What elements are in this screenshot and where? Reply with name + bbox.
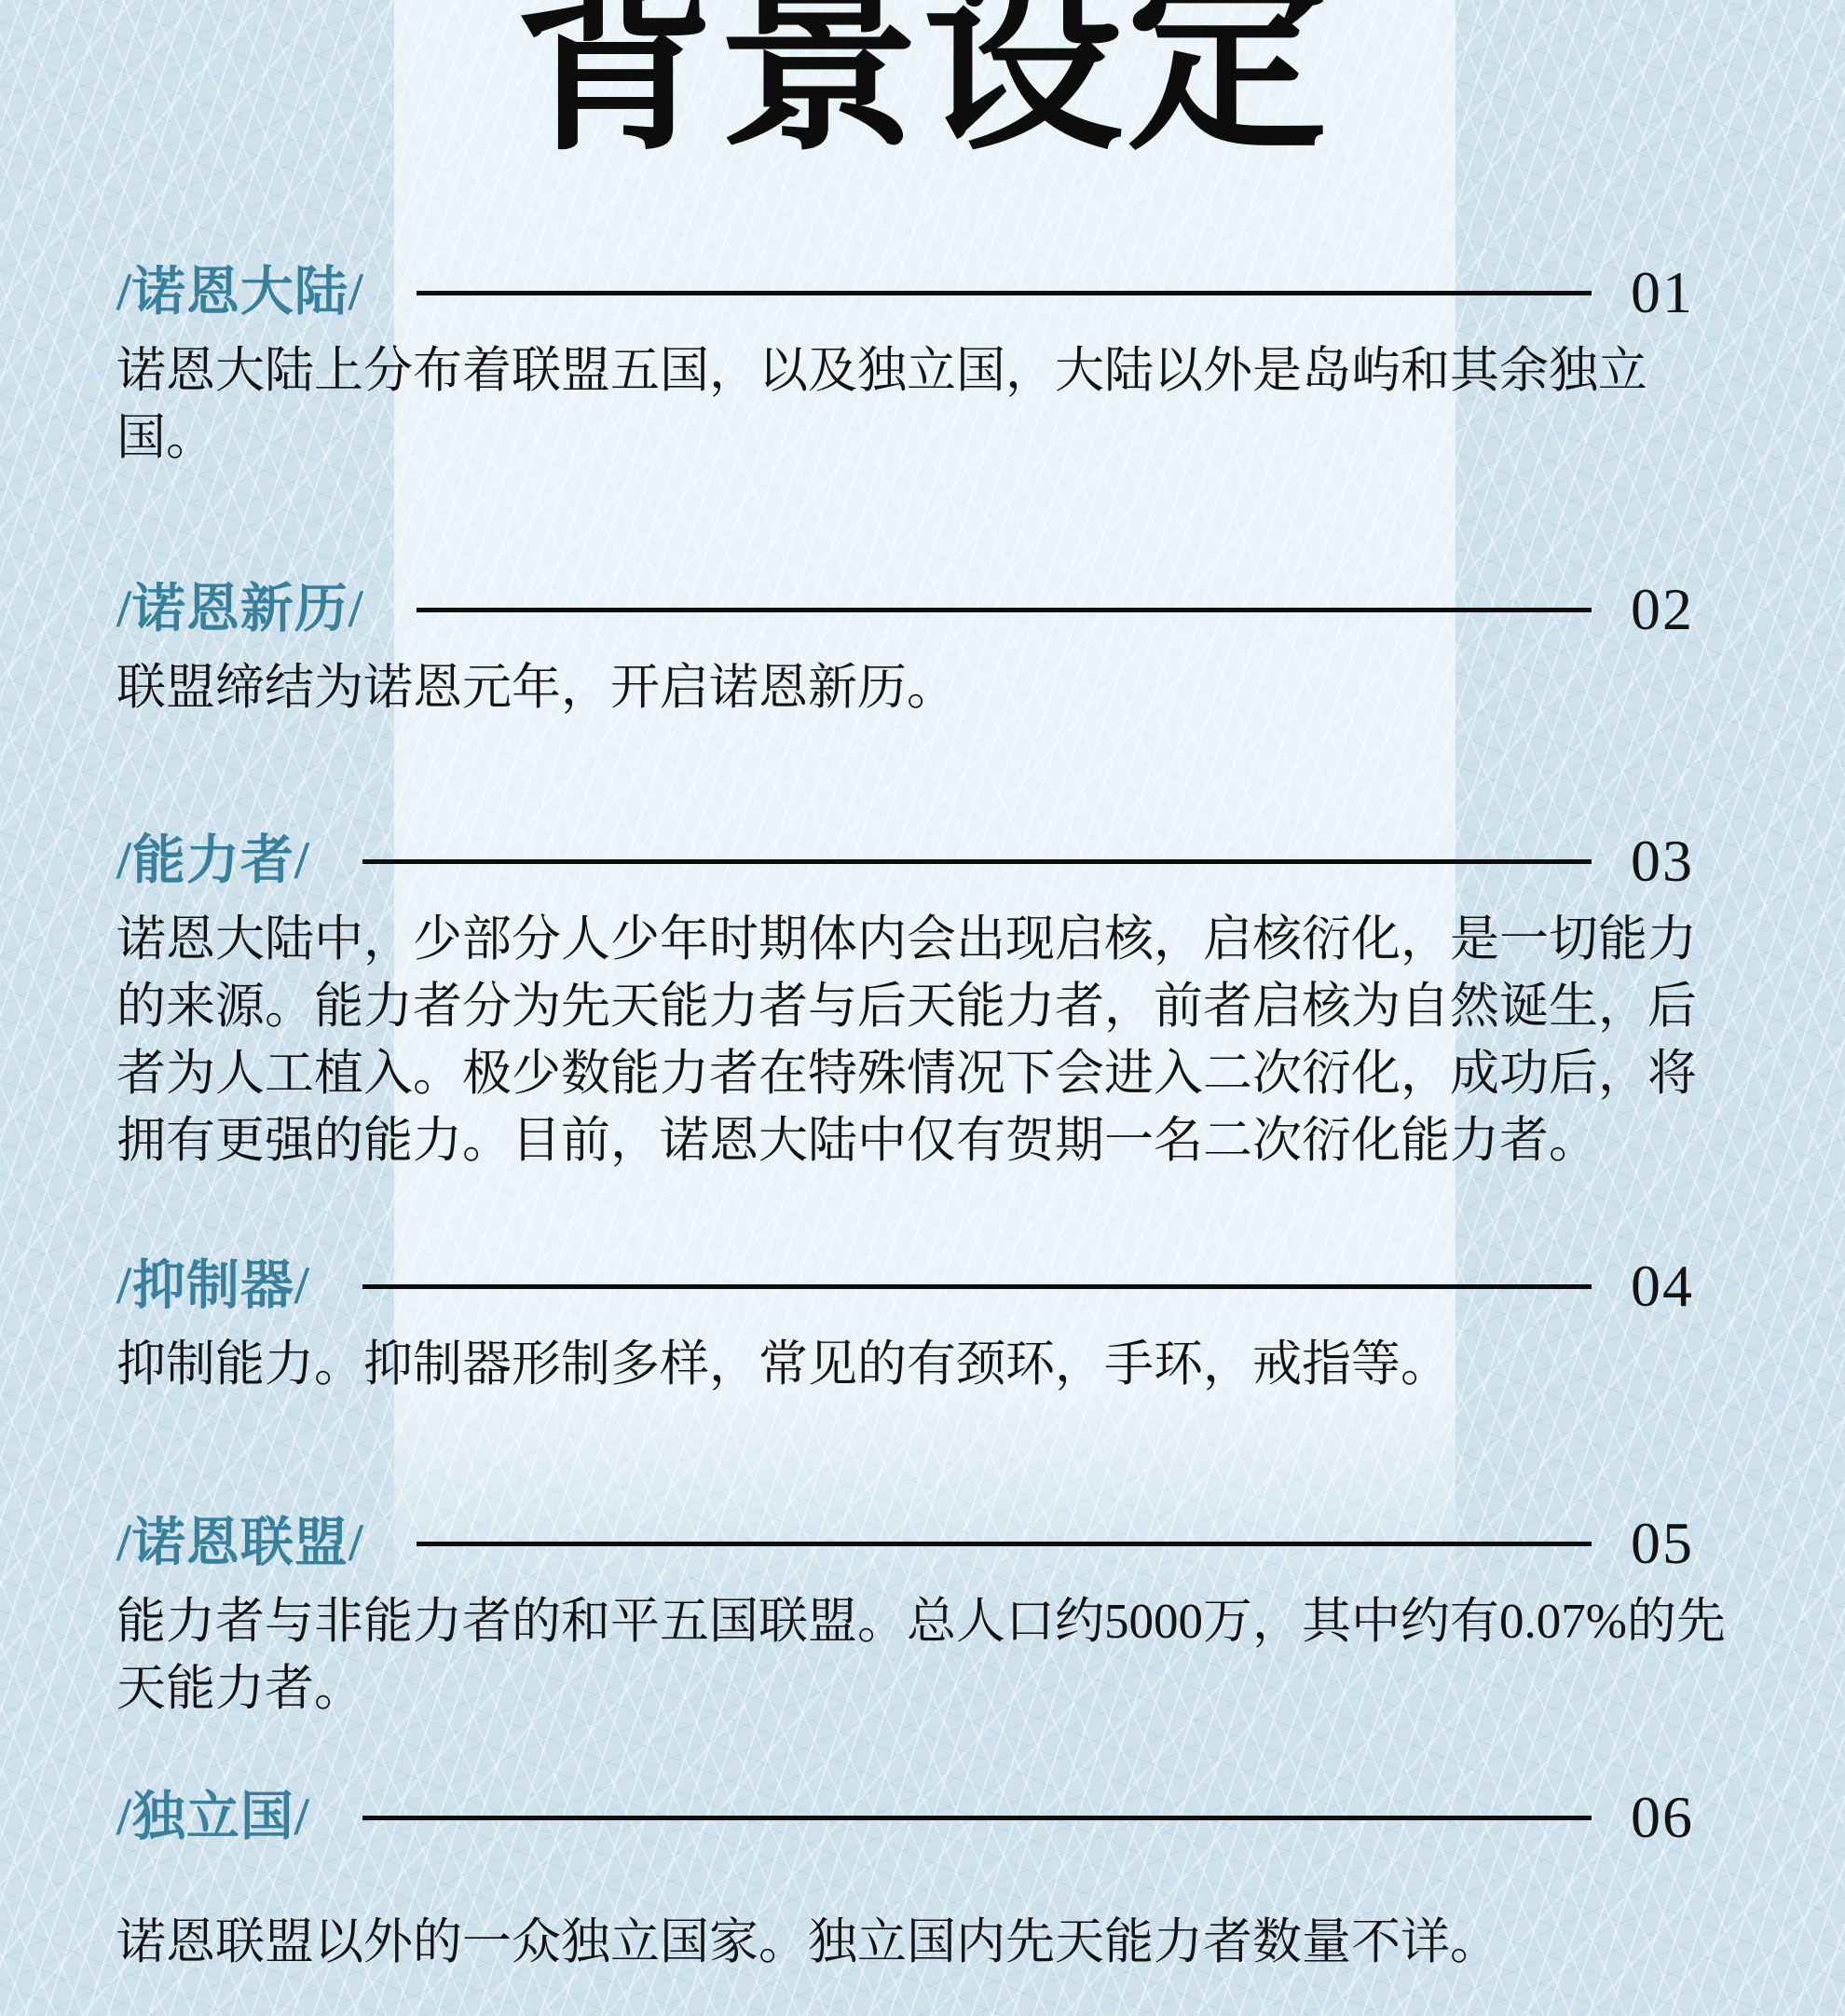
section-body: 诺恩大陆上分布着联盟五国，以及独立国，大陆以外是岛屿和其余独立国。 — [0, 337, 1845, 472]
section-rule — [362, 1284, 1592, 1289]
section-number: 01 — [1631, 261, 1694, 324]
section-heading: /诺恩新历/ — [116, 578, 364, 641]
section-header: /诺恩联盟/ 05 — [0, 1512, 1845, 1575]
section-heading: /诺恩大陆/ — [116, 261, 364, 324]
section-header: /独立国/ 06 — [0, 1786, 1845, 1849]
section-rule — [362, 859, 1592, 864]
section-body: 诺恩联盟以外的一众独立国家。独立国内先天能力者数量不详。 — [0, 1909, 1845, 1976]
section-number: 04 — [1631, 1255, 1694, 1318]
background-section: /诺恩联盟/ 05 能力者与非能力者的和平五国联盟。总人口约5000万，其中约有… — [0, 1512, 1845, 1722]
section-heading: /诺恩联盟/ — [116, 1512, 364, 1575]
section-body: 诺恩大陆中，少部分人少年时期体内会出现启核，启核衍化，是一切能力的来源。能力者分… — [0, 906, 1845, 1174]
background-section: /诺恩大陆/ 01 诺恩大陆上分布着联盟五国，以及独立国，大陆以外是岛屿和其余独… — [0, 261, 1845, 472]
section-header: /抑制器/ 04 — [0, 1255, 1845, 1318]
section-header: /诺恩新历/ 02 — [0, 578, 1845, 641]
section-number: 05 — [1631, 1512, 1694, 1575]
poster-page: 背景设定 /诺恩大陆/ 01 诺恩大陆上分布着联盟五国，以及独立国，大陆以外是岛… — [0, 0, 1845, 2016]
section-rule — [417, 291, 1592, 295]
section-number: 02 — [1631, 578, 1694, 641]
section-heading: /独立国/ — [116, 1786, 310, 1849]
section-body: 抑制能力。抑制器形制多样，常见的有颈环，手环，戒指等。 — [0, 1331, 1845, 1398]
section-header: /诺恩大陆/ 01 — [0, 261, 1845, 324]
background-section: /独立国/ 06 诺恩联盟以外的一众独立国家。独立国内先天能力者数量不详。 — [0, 1786, 1845, 1976]
section-body: 联盟缔结为诺恩元年，开启诺恩新历。 — [0, 654, 1845, 721]
section-rule — [417, 1542, 1592, 1546]
content-column: 背景设定 /诺恩大陆/ 01 诺恩大陆上分布着联盟五国，以及独立国，大陆以外是岛… — [0, 0, 1845, 1976]
section-heading: /抑制器/ — [116, 1255, 310, 1318]
section-rule — [417, 608, 1592, 612]
section-heading: /能力者/ — [116, 830, 310, 893]
background-section: /能力者/ 03 诺恩大陆中，少部分人少年时期体内会出现启核，启核衍化，是一切能… — [0, 830, 1845, 1174]
background-section: /抑制器/ 04 抑制能力。抑制器形制多样，常见的有颈环，手环，戒指等。 — [0, 1255, 1845, 1398]
section-number: 06 — [1631, 1786, 1694, 1849]
section-rule — [362, 1816, 1592, 1820]
section-number: 03 — [1631, 830, 1694, 893]
page-title: 背景设定 — [0, 0, 1845, 168]
section-header: /能力者/ 03 — [0, 830, 1845, 893]
page-title-wrap: 背景设定 — [0, 0, 1845, 168]
background-section: /诺恩新历/ 02 联盟缔结为诺恩元年，开启诺恩新历。 — [0, 578, 1845, 721]
section-body: 能力者与非能力者的和平五国联盟。总人口约5000万，其中约有0.07%的先天能力… — [0, 1588, 1845, 1722]
